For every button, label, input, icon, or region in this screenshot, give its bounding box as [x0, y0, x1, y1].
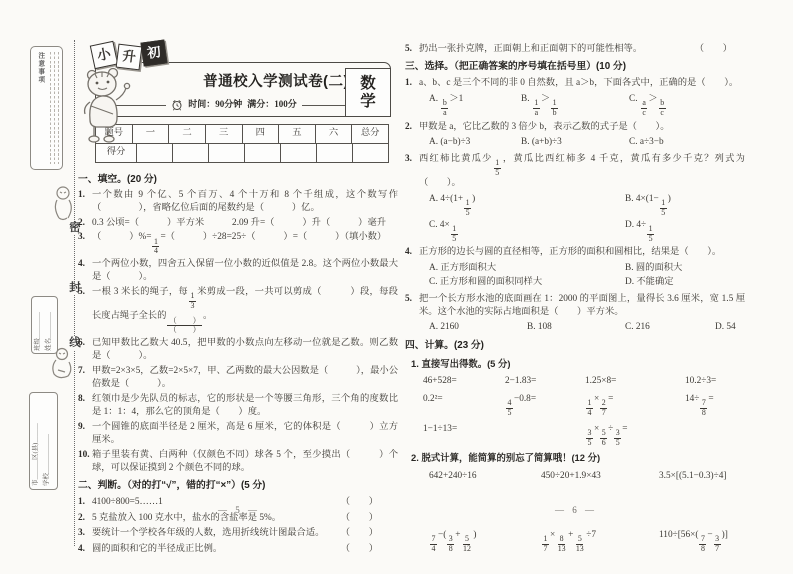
score-table-score-row: 得分 [96, 144, 388, 162]
question-text: 箱子里装有黄、白两种（仅颜色不同）球各 5 个，至少摸出（ ）个球，可以保证摸到… [92, 450, 398, 473]
choice-question: 4. 正方形的边长与圆的直径相等，正方形的面积和圆相比，结果是（ ）。 A. 正… [405, 246, 745, 289]
score-table-header-cell: 二 [182, 127, 191, 140]
calc-cell: 46+528= [423, 375, 505, 388]
direct-calc-grid: 46+528=2−1.83=1.25×8=10.2÷3= 0.2²=45−0.8… [405, 375, 745, 448]
math-expression: 3.5×[(5.1−0.3)÷4] [659, 471, 726, 481]
math-expression: 450÷20+1.9×43 [541, 471, 601, 481]
question-number: 6. [78, 337, 85, 350]
math-expression: 2−1.83= [505, 376, 536, 386]
option-text: C. 216 [625, 322, 650, 332]
choice-option: C. 正方形和圆的面积同样大 [429, 275, 621, 289]
student-field-label: 班级＿＿＿＿ [34, 312, 41, 351]
math-expression: 14÷78= [685, 394, 714, 404]
cartoon-doodle-bottom [47, 346, 75, 384]
question-text: 已知甲数比乙数大 40.5，把甲数的小数点向左移动一位就是乙数。则乙数是（ ）。 [92, 338, 398, 361]
option-text: A. 4÷(1+15) [429, 194, 475, 204]
question-number: 3. [78, 231, 85, 244]
paper-title: 普通校入学测试卷(二) [190, 76, 362, 89]
question-text: （ ）%=14=（ ）÷28=25÷（ ）=（ ）（填小数） [92, 232, 386, 242]
question-text: 圆的面积和它的半径成正比例。 [92, 543, 222, 556]
question-number: 2. [405, 121, 412, 134]
question-text: 一根 3 米长的绳子，每13米剪成一段，一共可以剪成（ ）段，每段长度占绳子全长… [92, 287, 398, 322]
choice-option: D. 不能确定 [625, 275, 745, 289]
math-expression: 1−1÷13= [423, 424, 457, 434]
section2-heading: 二、判断。（对的打“√”，错的打“×”）(5 分) [78, 479, 398, 493]
option-text: B. 1a＞1b [521, 94, 559, 104]
judge-question: 4. 圆的面积和它的半径成正比例。 （ ） [78, 543, 398, 556]
choice-question: 3. 西红柿比黄瓜少15，黄瓜比西红柿多 4 千克，黄瓜有多少千克？列式为（ ）… [405, 153, 745, 244]
fill-blank-question: 3. （ ）%=14=（ ）÷28=25÷（ ）=（ ）（填小数） [78, 231, 398, 256]
test-paper-page-5: 小升初 普通校入学测试卷(二) 数学 [78, 40, 400, 552]
question-number: 8. [78, 393, 85, 406]
choice-question-stem: 3. 西红柿比黄瓜少15，黄瓜比西红柿多 4 千克，黄瓜有多少千克？列式为（ ）… [405, 153, 745, 191]
section1-heading: 一、填空。(20 分) [78, 173, 398, 187]
score-table-header-cell: 五 [292, 127, 301, 140]
score-table-header-row: 题号一二三四五六总分 [96, 125, 388, 144]
question-number: 4. [78, 258, 85, 271]
choice-question-stem: 5. 把一个长方形水池的底面画在 1：2000 的平面图上，量得长 3.6 厘米… [405, 293, 745, 319]
calc-cell [505, 423, 585, 448]
option-text: D. 54 [715, 322, 736, 332]
stepwise-calc-title: 2. 脱式计算，能简算的别忘了简算哦！(12 分) [405, 451, 745, 464]
choice-option: A. 2160 [429, 320, 523, 334]
choice-options: A. 4÷(1+15)B. 4×(1−15)C. 4×15D. 4÷15 [405, 192, 745, 243]
calc-row: 1−1÷13=35×56÷35= [405, 423, 745, 448]
badge-tile-char: 小 [96, 47, 112, 63]
choice-options: A. 正方形面积大B. 圆的面积大C. 正方形和圆的面积同样大D. 不能确定 [405, 261, 745, 289]
notice-text-illegible [50, 52, 59, 164]
score-table-header-cell: 六 [329, 127, 338, 140]
choice-option: A. (a−b)÷3 [429, 135, 517, 149]
calc-cell: 10.2÷3= [685, 375, 745, 388]
choice-option: B. 1a＞1b [521, 92, 625, 118]
school-fields-box: 市＿＿＿区(县)＿＿＿学校＿＿＿＿＿＿ [29, 392, 58, 490]
subject-char: 数 [360, 75, 376, 92]
option-text: A. ba＞1 [429, 94, 463, 104]
choice-questions: 1. a、b、c 是三个不同的非 0 自然数，且 a＞b，下面各式中，正确的是（… [405, 77, 745, 334]
calc-cell: 14×27= [585, 393, 685, 418]
calc-row: 642+240÷16450÷20+1.9×433.5×[(5.1−0.3)÷4] [405, 470, 745, 483]
fill-blank-question: 5. 一根 3 米长的绳子，每13米剪成一段，一共可以剪成（ ）段，每段长度占绳… [78, 286, 398, 335]
subsection-number: 2. [411, 452, 419, 463]
badge-tile-char: 初 [146, 46, 161, 61]
choice-option: D. 4÷15 [625, 218, 745, 244]
question-number: 9. [78, 421, 85, 434]
choice-option: A. ba＞1 [429, 92, 517, 118]
answer-bracket: （ ） [341, 543, 378, 556]
choice-option: C. ac＞bc [629, 92, 745, 118]
score-table: 题号一二三四五六总分 得分 [95, 124, 389, 163]
calc-cell: 1−1÷13= [423, 423, 505, 448]
fill-blank-question: 7. 甲数=2×3×5，乙数=2×5×7，甲、乙两数的最大公因数是（ ），最小公… [78, 365, 398, 391]
question-text: 西红柿比黄瓜少15，黄瓜比西红柿多 4 千克，黄瓜有多少千克？列式为（ ）。 [419, 154, 745, 189]
choice-option: B. 4×(1−15) [625, 192, 745, 218]
score-table-header-cell: 一 [146, 127, 155, 140]
math-expression: 46+528= [423, 376, 457, 386]
choice-option: C. 216 [625, 320, 711, 334]
choice-question: 1. a、b、c 是三个不同的非 0 自然数，且 a＞b，下面各式中，正确的是（… [405, 77, 745, 117]
tiger-mascot-illustration [78, 62, 134, 148]
question-number: 3. [78, 527, 85, 540]
question-text: 甲数=2×3×5，乙数=2×5×7，甲、乙两数的最大公因数是（ ），最小公倍数是… [92, 366, 398, 389]
question-number: 4. [78, 543, 85, 556]
question-number: 4. [405, 246, 412, 259]
school-field-label: 市＿＿＿区(县)＿＿＿ [32, 423, 39, 486]
math-expression: 35×56÷35= [585, 424, 627, 434]
question-number: 3. [405, 153, 412, 166]
subsection-title: 直接写出得数。(5 分) [421, 358, 510, 369]
question-text: a、b、c 是三个不同的非 0 自然数，且 a＞b，下面各式中，正确的是（ ）。 [419, 78, 738, 88]
calc-cell: 74−(38+512) [429, 529, 541, 554]
question-number: 7. [78, 365, 85, 378]
test-paper-page-6: 5. 扔出一张扑克牌，正面朝上和正面朝下的可能性相等。 （ ） 三、选择。（把正… [405, 40, 747, 552]
calc-cell: 110÷[56×(78−37)] [659, 529, 745, 554]
calc-cell: 3.5×[(5.1−0.3)÷4] [659, 470, 745, 483]
fill-blank-question: 6. 已知甲数比乙数大 40.5，把甲数的小数点向左移动一位就是乙数。则乙数是（… [78, 337, 398, 363]
notice-box: 注意事项 [30, 46, 63, 170]
calc-cell: 35×56÷35= [585, 423, 685, 448]
question-text: 红领巾是少先队员的标志，它的形状是一个等腰三角形，三个角的度数比是 1：1：4，… [92, 394, 398, 417]
question-text: 一个圆锥的底面半径是 2 厘米，高是 6 厘米，它的体积是（ ）立方厘米。 [92, 422, 398, 445]
option-text: C. 正方形和圆的面积同样大 [429, 277, 542, 287]
answer-bracket: （ ） [695, 43, 732, 56]
math-expression: 0.2²= [423, 394, 443, 404]
choice-options: A. 2160B. 108C. 216D. 54 [405, 320, 745, 334]
math-expression: 642+240÷16 [429, 471, 477, 481]
calc-cell: 450÷20+1.9×43 [541, 470, 659, 483]
choice-option: B. 圆的面积大 [625, 261, 745, 275]
question-text: 一个两位小数，四舍五入保留一位小数的近似值是 2.8。这个两位小数最大是（ ）。 [92, 259, 398, 282]
calc-cell: 17×813+513÷7 [541, 529, 659, 554]
calc-row: 46+528=2−1.83=1.25×8=10.2÷3= [405, 375, 745, 388]
question-number: 1. [405, 77, 412, 90]
option-text: B. 4×(1−15) [625, 194, 671, 204]
section4-heading: 四、计算。(23 分) [405, 339, 745, 353]
choice-options: A. ba＞1B. 1a＞1bC. ac＞bc [405, 92, 745, 118]
section3-heading: 三、选择。（把正确答案的序号填在括号里）(10 分) [405, 60, 745, 74]
calc-cell: 2−1.83= [505, 375, 585, 388]
math-expression: 45−0.8= [505, 394, 536, 404]
math-expression: 14×27= [585, 394, 613, 404]
choice-options: A. (a−b)÷3B. (a+b)÷3C. a÷3−b [405, 135, 745, 149]
school-field-label: 学校＿＿＿＿＿＿ [43, 434, 50, 486]
score-table-header-cell: 三 [219, 127, 228, 140]
subsection-number: 1. [411, 358, 419, 369]
fill-blank-question: 8. 红领巾是少先队员的标志，它的形状是一个等腰三角形，三个角的度数比是 1：1… [78, 393, 398, 419]
score-table-header-cell: 四 [256, 127, 265, 140]
exam-meta-row: 时间：90分钟 满分：100分 [106, 98, 362, 112]
question-text: 甲数是 a，它比乙数的 3 倍少 b，表示乙数的式子是（ ）。 [419, 122, 670, 132]
calc-row: 74−(38+512)17×813+513÷7110÷[56×(78−37)] [405, 529, 745, 554]
choice-option: C. 4×15 [429, 218, 621, 244]
choice-question-stem: 4. 正方形的边长与圆的直径相等，正方形的面积和圆相比，结果是（ ）。 [405, 246, 745, 259]
full-score-label: 满分：100分 [247, 98, 297, 111]
judge-question: 3. 要统计一个学校各年级的人数，选用折线统计图最合适。 （ ） [78, 527, 398, 540]
question-number: 5. [405, 43, 412, 56]
question-text: 一个数由 9 个亿、5 个百万、4 个十万和 8 个千组成，这个数写作（ ），省… [92, 190, 398, 213]
direct-calc-title: 1. 直接写出得数。(5 分) [405, 357, 745, 370]
alarm-clock-icon [171, 99, 183, 111]
option-text: D. 不能确定 [625, 277, 674, 287]
calc-cell: 0.2²= [423, 393, 505, 418]
score-table-header-cell: 总分 [361, 127, 380, 140]
option-text: A. 正方形面积大 [429, 263, 496, 273]
option-text: A. 2160 [429, 322, 459, 332]
answer-bracket: （ ） [341, 527, 378, 540]
calc-row: 0.2²=45−0.8=14×27=14÷78= [405, 393, 745, 418]
question-text: 要统计一个学校各年级的人数，选用折线统计图最合适。 [92, 527, 324, 540]
page-number-5: — 5 — [78, 504, 400, 517]
math-expression: 1.25×8= [585, 376, 616, 386]
question-number: 5. [405, 293, 412, 306]
calc-cell [685, 423, 745, 448]
option-text: B. 圆的面积大 [625, 263, 682, 273]
option-text: B. 108 [527, 322, 552, 332]
choice-option: C. a÷3−b [629, 135, 745, 149]
choice-option: D. 54 [715, 320, 745, 334]
question-text: 把一个长方形水池的底面画在 1：2000 的平面图上，量得长 3.6 厘米，宽 … [419, 294, 745, 317]
question-number: 1. [78, 189, 85, 202]
fill-blank-question: 4. 一个两位小数，四舍五入保留一位小数的近似值是 2.8。这个两位小数最大是（… [78, 258, 398, 284]
math-expression: 17×813+513÷7 [541, 530, 596, 540]
page-number-6: — 6 — [405, 504, 747, 517]
xiaoshengchu-badge: 小升初 [78, 39, 178, 71]
fill-blank-question: 9. 一个圆锥的底面半径是 2 厘米，高是 6 厘米，它的体积是（ ）立方厘米。 [78, 421, 398, 447]
judge-question-5: 5. 扔出一张扑克牌，正面朝上和正面朝下的可能性相等。 （ ） [405, 43, 745, 56]
subject-char: 学 [360, 93, 376, 110]
calc-cell: 642+240÷16 [429, 470, 541, 483]
option-text: B. (a+b)÷3 [521, 137, 562, 147]
badge-tile-char: 升 [121, 50, 136, 65]
fill-blank-question: 10. 箱子里装有黄、白两种（仅颜色不同）球各 5 个，至少摸出（ ）个球，可以… [78, 449, 398, 475]
page5-content: 一、填空。(20 分) 1. 一个数由 9 个亿、5 个百万、4 个十万和 8 … [78, 173, 398, 556]
option-text: C. a÷3−b [629, 137, 664, 147]
choice-question: 2. 甲数是 a，它比乙数的 3 倍少 b，表示乙数的式子是（ ）。 A. (a… [405, 121, 745, 150]
subject-box: 数学 [345, 68, 391, 117]
choice-question-stem: 1. a、b、c 是三个不同的非 0 自然数，且 a＞b，下面各式中，正确的是（… [405, 77, 745, 90]
notice-title: 注意事项 [34, 52, 47, 164]
math-expression: 74−(38+512) [429, 530, 477, 540]
calc-cell: 1.25×8= [585, 375, 685, 388]
page6-content: 5. 扔出一张扑克牌，正面朝上和正面朝下的可能性相等。 （ ） 三、选择。（把正… [405, 43, 745, 554]
question-text: 正方形的边长与圆的直径相等，正方形的面积和圆相比，结果是（ ）。 [419, 247, 721, 257]
option-text: A. (a−b)÷3 [429, 137, 470, 147]
math-expression: 10.2÷3= [685, 376, 716, 386]
choice-question: 5. 把一个长方形水池的底面画在 1：2000 的平面图上，量得长 3.6 厘米… [405, 293, 745, 335]
choice-option: B. (a+b)÷3 [521, 135, 625, 149]
question-number: 10. [78, 449, 90, 462]
fill-blank-question: 1. 一个数由 9 个亿、5 个百万、4 个十万和 8 个千组成，这个数写作（ … [78, 189, 398, 215]
fill-blank-questions: 1. 一个数由 9 个亿、5 个百万、4 个十万和 8 个千组成，这个数写作（ … [78, 189, 398, 476]
option-text: C. 4×15 [429, 220, 459, 230]
option-text: D. 4÷15 [625, 220, 655, 230]
subsection-title: 脱式计算，能简算的别忘了简算哦！(12 分) [421, 452, 600, 463]
choice-option: A. 4÷(1+15) [429, 192, 621, 218]
choice-option: A. 正方形面积大 [429, 261, 621, 275]
choice-option: B. 108 [527, 320, 621, 334]
question-number: 5. [78, 286, 85, 299]
question-text: 扔出一张扑克牌，正面朝上和正面朝下的可能性相等。 [419, 43, 642, 56]
question-text: 0.3 公顷=（ ）平方米 2.09 升=（ ）升（ ）毫升 [92, 218, 386, 228]
question-number: 2. [78, 217, 85, 230]
calc-cell: 45−0.8= [505, 393, 585, 418]
option-text: C. ac＞bc [629, 94, 667, 104]
calc-cell: 14÷78= [685, 393, 745, 418]
math-expression: 110÷[56×(78−37)] [659, 530, 728, 540]
time-limit-label: 时间：90分钟 [188, 98, 242, 111]
fill-blank-question: 2. 0.3 公顷=（ ）平方米 2.09 升=（ ）升（ ）毫升 [78, 217, 398, 230]
choice-question-stem: 2. 甲数是 a，它比乙数的 3 倍少 b，表示乙数的式子是（ ）。 [405, 121, 745, 134]
